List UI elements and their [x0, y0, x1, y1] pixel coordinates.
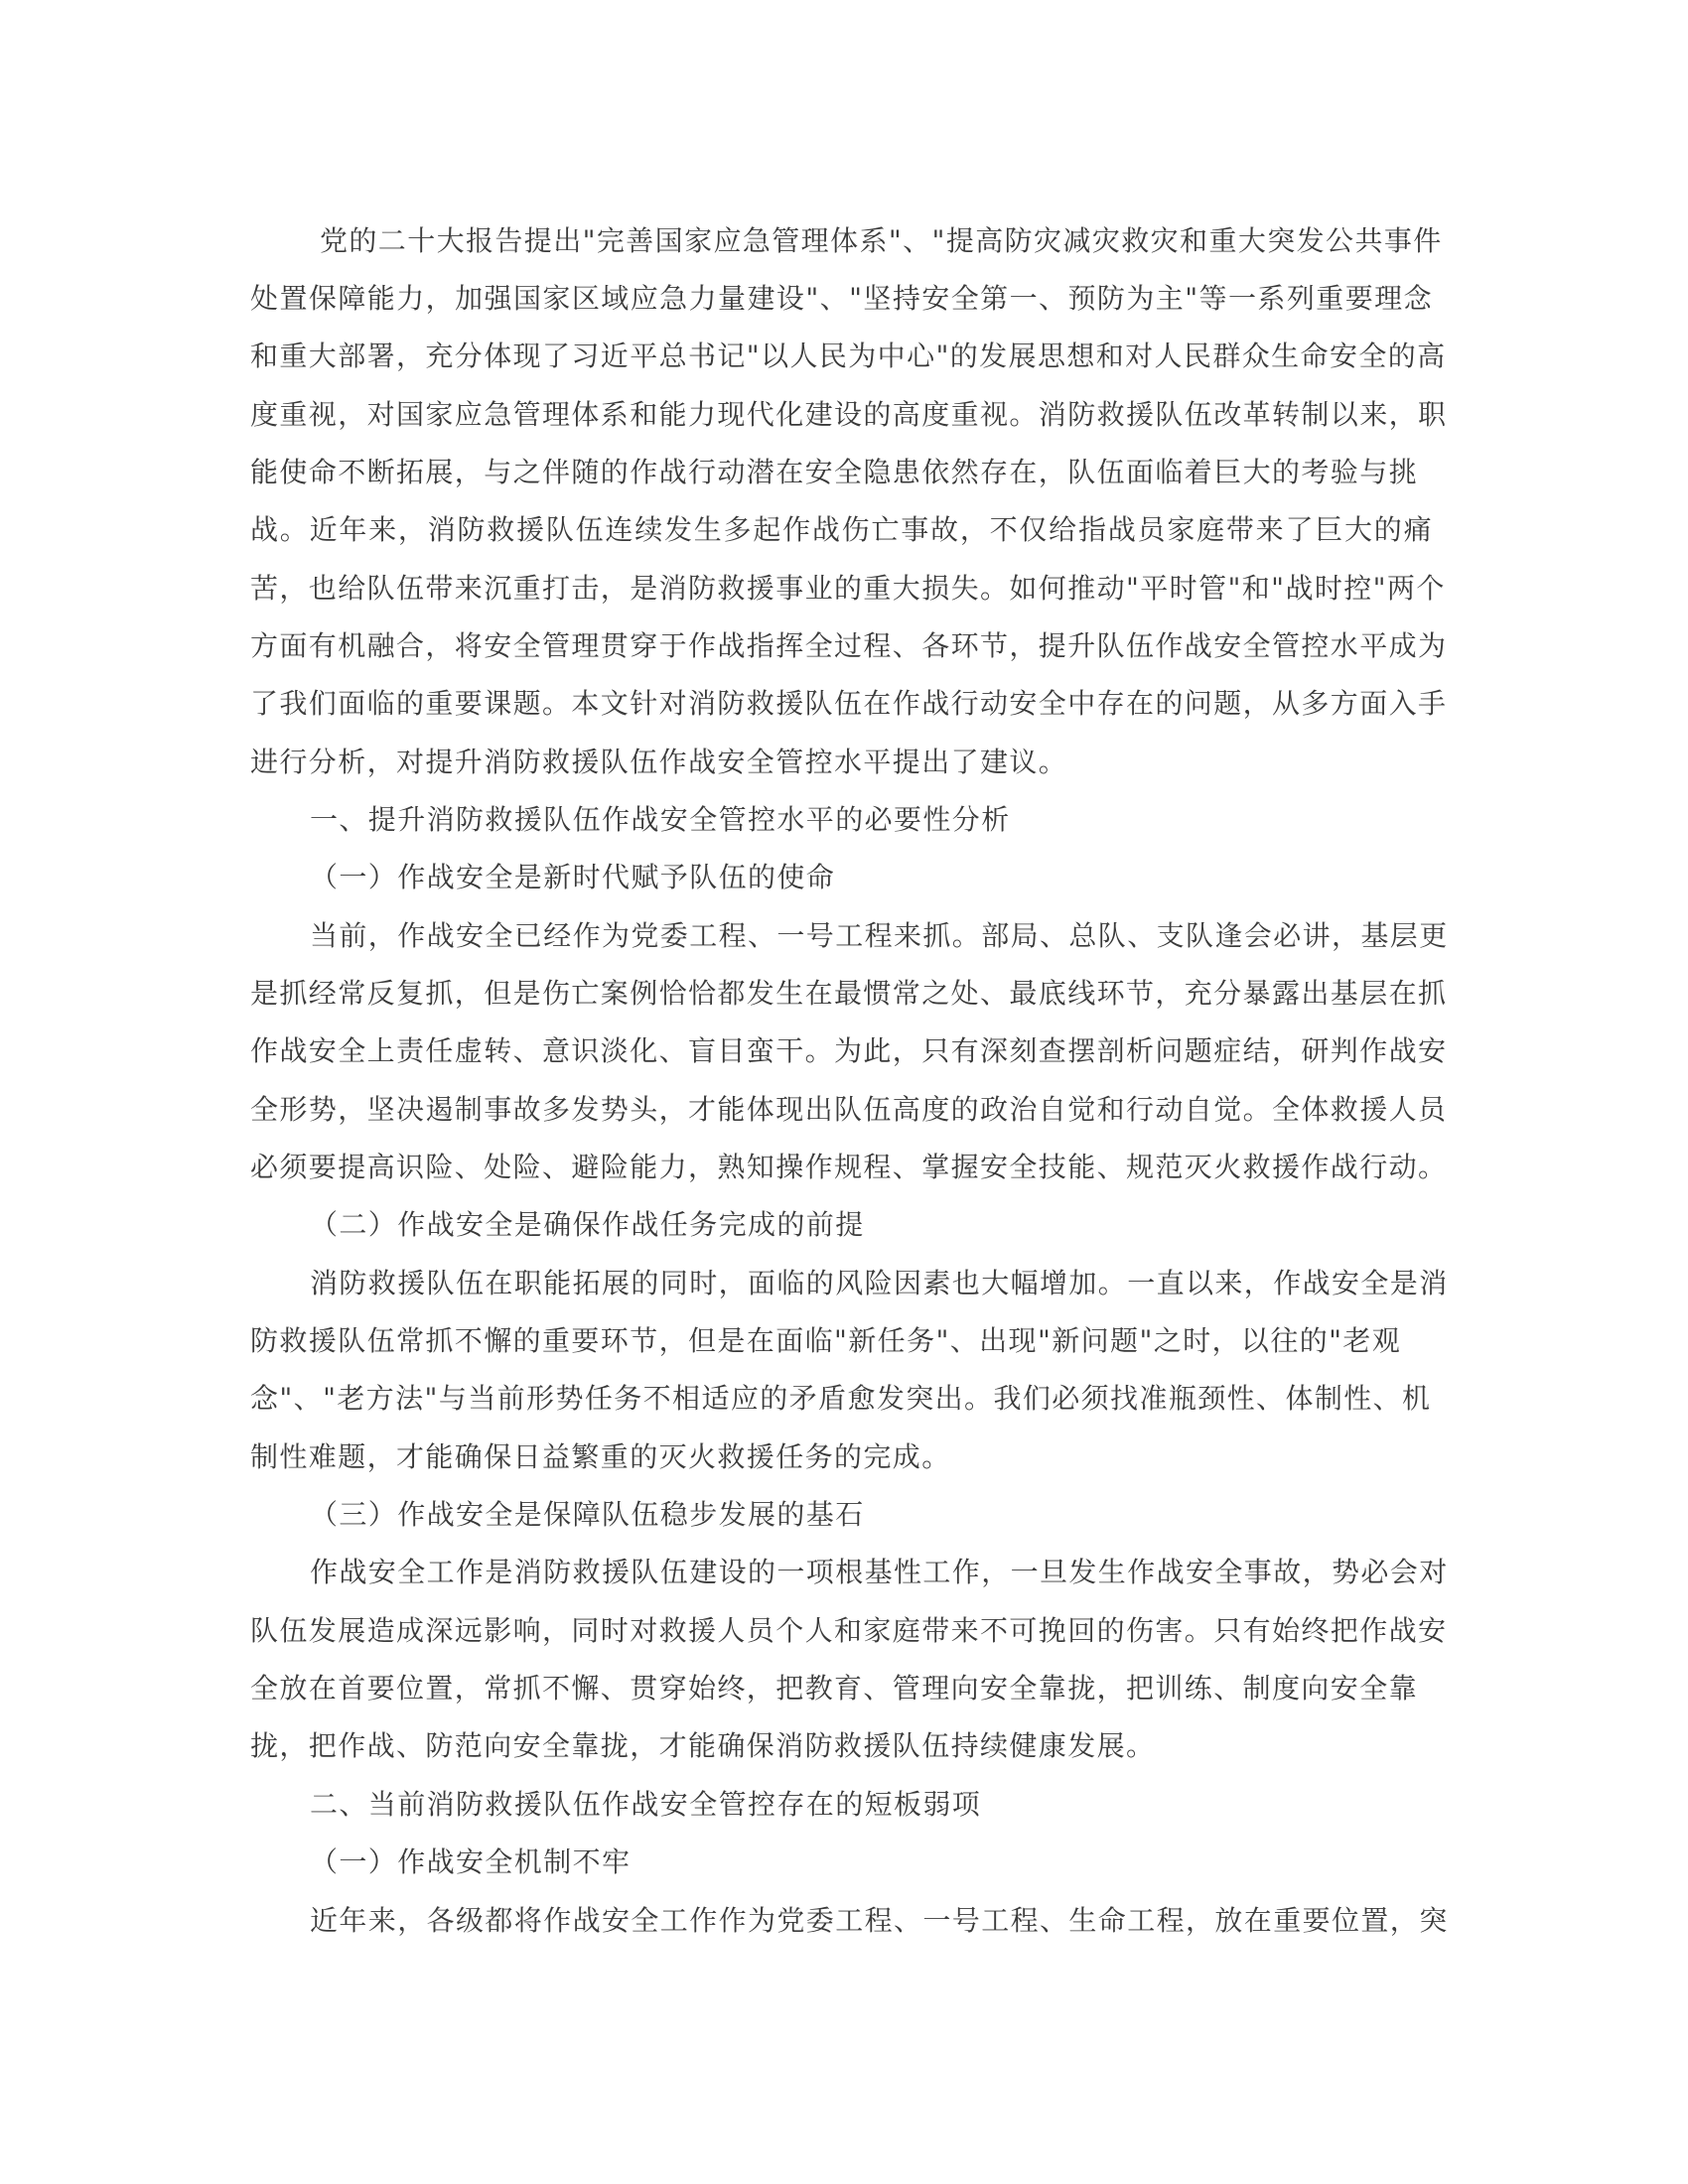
paragraph-line: 是抓经常反复抓，但是伤亡案例恰恰都发生在最惯常之处、最底线环节，充分暴露出基层在…: [250, 974, 1433, 1014]
paragraph-line: 队伍发展造成深远影响，同时对救援人员个人和家庭带来不可挽回的伤害。只有始终把作战…: [250, 1611, 1433, 1651]
paragraph-line: 全形势，坚决遏制事故多发势头，才能体现出队伍高度的政治自觉和行动自觉。全体救援人…: [250, 1090, 1433, 1130]
paragraph-line: 战。近年来，消防救援队伍连续发生多起作战伤亡事故，不仅给指战员家庭带来了巨大的痛: [250, 510, 1433, 550]
paragraph-line: 防救援队伍常抓不懈的重要环节，但是在面临"新任务"、出现"新问题"之时，以往的"…: [250, 1321, 1433, 1361]
paragraph-line: 方面有机融合，将安全管理贯穿于作战指挥全过程、各环节，提升队伍作战安全管控水平成…: [250, 626, 1433, 666]
paragraph-line: 作战安全工作是消防救援队伍建设的一项根基性工作，一旦发生作战安全事故，势必会对: [310, 1553, 1433, 1592]
paragraph-line: 和重大部署，充分体现了习近平总书记"以人民为中心"的发展思想和对人民群众生命安全…: [250, 337, 1433, 376]
paragraph-line: 消防救援队伍在职能拓展的同时，面临的风险因素也大幅增加。一直以来，作战安全是消: [310, 1264, 1433, 1303]
subsection-heading: （一）作战安全是新时代赋予队伍的使命: [310, 858, 1433, 897]
paragraph-line: 能使命不断拓展，与之伴随的作战行动潜在安全隐患依然存在，队伍面临着巨大的考验与挑: [250, 453, 1433, 492]
paragraph-line: 近年来，各级都将作战安全工作作为党委工程、一号工程、生命工程，放在重要位置，突: [310, 1901, 1433, 1941]
paragraph-line: 当前，作战安全已经作为党委工程、一号工程来抓。部局、总队、支队逢会必讲，基层更: [310, 916, 1433, 956]
paragraph-line: 必须要提高识险、处险、避险能力，熟知操作规程、掌握安全技能、规范灭火救援作战行动…: [250, 1148, 1433, 1187]
paragraph-line: 制性难题，才能确保日益繁重的灭火救援任务的完成。: [250, 1437, 1433, 1477]
paragraph-line: 进行分析，对提升消防救援队伍作战安全管控水平提出了建议。: [250, 743, 1433, 782]
document-page: 党的二十大报告提出"完善国家应急管理体系"、"提高防灾减灾救灾和重大突发公共事件…: [0, 0, 1688, 2184]
paragraph-line: 念"、"老方法"与当前形势任务不相适应的矛盾愈发突出。我们必须找准瓶颈性、体制性…: [250, 1379, 1433, 1419]
paragraph-line: 处置保障能力，加强国家区域应急力量建设"、"坚持安全第一、预防为主"等一系列重要…: [250, 279, 1433, 319]
section-heading: 一、提升消防救援队伍作战安全管控水平的必要性分析: [310, 800, 1433, 840]
paragraph-line: 全放在首要位置，常抓不懈、贯穿始终，把教育、管理向安全靠拢，把训练、制度向安全靠: [250, 1669, 1433, 1708]
paragraph-line: 了我们面临的重要课题。本文针对消防救援队伍在作战行动安全中存在的问题，从多方面入…: [250, 684, 1433, 724]
subsection-heading: （三）作战安全是保障队伍稳步发展的基石: [310, 1495, 1433, 1535]
paragraph-line: 度重视，对国家应急管理体系和能力现代化建设的高度重视。消防救援队伍改革转制以来，…: [250, 395, 1433, 435]
paragraph-line: 党的二十大报告提出"完善国家应急管理体系"、"提高防灾减灾救灾和重大突发公共事件: [320, 221, 1433, 261]
section-heading: 二、当前消防救援队伍作战安全管控存在的短板弱项: [310, 1785, 1433, 1825]
paragraph-line: 苦，也给队伍带来沉重打击，是消防救援事业的重大损失。如何推动"平时管"和"战时控…: [250, 569, 1433, 609]
paragraph-line: 拢，把作战、防范向安全靠拢，才能确保消防救援队伍持续健康发展。: [250, 1726, 1433, 1766]
subsection-heading: （二）作战安全是确保作战任务完成的前提: [310, 1205, 1433, 1245]
subsection-heading: （一）作战安全机制不牢: [310, 1843, 1433, 1882]
paragraph-line: 作战安全上责任虚转、意识淡化、盲目蛮干。为此，只有深刻查摆剖析问题症结，研判作战…: [250, 1031, 1433, 1071]
